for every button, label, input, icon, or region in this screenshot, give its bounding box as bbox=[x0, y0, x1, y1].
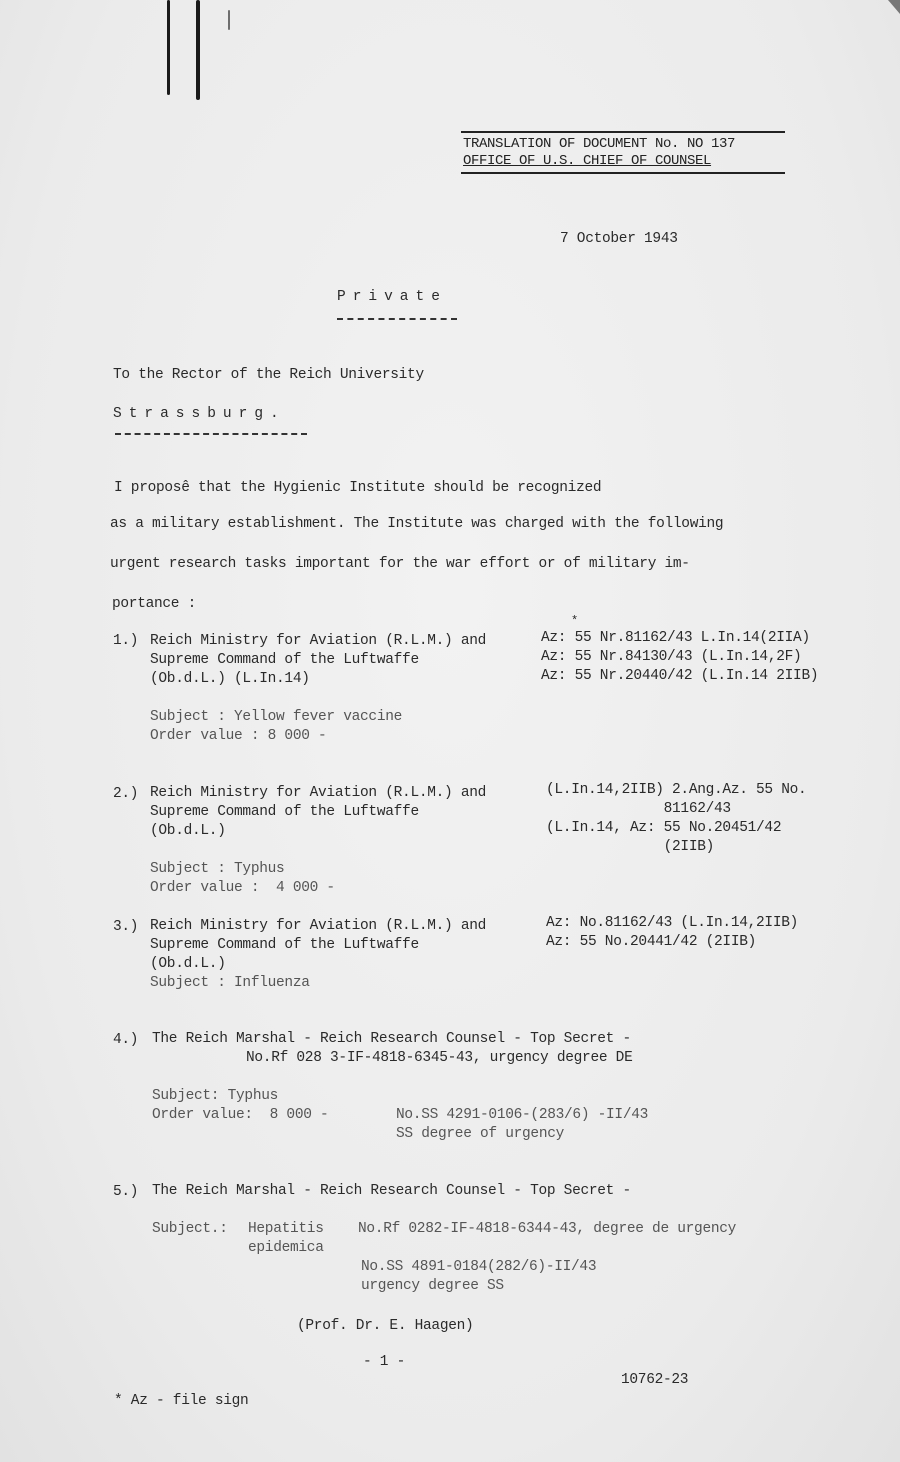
header-line-2: OFFICE OF U.S. CHIEF OF COUNSEL bbox=[463, 153, 785, 170]
item-ref-line: No.SS 4291-0106-(283/6) -II/43 bbox=[396, 1106, 648, 1125]
item-number: 1.) bbox=[113, 632, 138, 651]
paper-crease-mark bbox=[196, 0, 200, 100]
addressee-city-underline bbox=[115, 433, 307, 435]
letter-date: 7 October 1943 bbox=[560, 230, 678, 249]
item-subject-label: Subject.: bbox=[152, 1220, 228, 1239]
footnote: * Az - file sign bbox=[114, 1392, 248, 1411]
item-left-line: Reich Ministry for Aviation (R.L.M.) and bbox=[150, 917, 486, 936]
item-left-line: Reich Ministry for Aviation (R.L.M.) and bbox=[150, 632, 486, 651]
item-subject: Hepatitis bbox=[248, 1220, 324, 1239]
folded-corner bbox=[888, 0, 900, 14]
item-ref-line: Az: 55 No.20441/42 (2IIB) bbox=[546, 933, 756, 952]
item-ref-line: Az: 55 Nr.84130/43 (L.In.14,2F) bbox=[541, 648, 801, 667]
item-ref-line: (2IIB) bbox=[546, 838, 714, 857]
item-order-value: Order value : 4 000 - bbox=[150, 879, 335, 898]
item-heading-ref: No.Rf 028 3-IF-4818-6345-43, urgency deg… bbox=[246, 1049, 632, 1068]
item-order-value: Order value : 8 000 - bbox=[150, 727, 326, 746]
classification-label: Private bbox=[337, 288, 447, 307]
intro-line-2: as a military establishment. The Institu… bbox=[110, 515, 723, 534]
intro-line-4: portance : bbox=[112, 595, 196, 614]
item-ref-line: Az: 55 Nr.20440/42 (L.In.14 2IIB) bbox=[541, 667, 818, 686]
item-order-value: Order value: 8 000 - bbox=[152, 1106, 328, 1125]
item-left-line: Supreme Command of the Luftwaffe bbox=[150, 803, 419, 822]
intro-line-3: urgent research tasks important for the … bbox=[110, 555, 690, 574]
item-left-line: (Ob.d.L.) bbox=[150, 955, 226, 974]
item-ref-line: No.Rf 0282-IF-4818-6344-43, degree de ur… bbox=[358, 1220, 736, 1239]
item-subject: Subject : Typhus bbox=[150, 860, 284, 879]
addressee-line: To the Rector of the Reich University bbox=[113, 366, 424, 385]
page-number: - 1 - bbox=[363, 1353, 405, 1372]
item-left-line: (Ob.d.L.) bbox=[150, 822, 226, 841]
item-subject: epidemica bbox=[248, 1239, 324, 1258]
item-ref-line: No.SS 4891-0184(282/6)-II/43 bbox=[361, 1258, 596, 1277]
item-left-line: Supreme Command of the Luftwaffe bbox=[150, 651, 419, 670]
item-left-line: Reich Ministry for Aviation (R.L.M.) and bbox=[150, 784, 486, 803]
paper-crease-mark bbox=[228, 10, 230, 30]
item-left-line: Supreme Command of the Luftwaffe bbox=[150, 936, 419, 955]
item-number: 3.) bbox=[113, 918, 138, 937]
item-ref-line: SS degree of urgency bbox=[396, 1125, 564, 1144]
item-ref-line: urgency degree SS bbox=[361, 1277, 504, 1296]
item-left-line: (Ob.d.L.) (L.In.14) bbox=[150, 670, 310, 689]
item-heading: The Reich Marshal - Reich Research Couns… bbox=[152, 1182, 631, 1201]
addressee-city: Strassburg. bbox=[113, 405, 286, 424]
document-code: 10762-23 bbox=[621, 1371, 688, 1390]
item-subject: Subject: Typhus bbox=[152, 1087, 278, 1106]
item-number: 5.) bbox=[113, 1183, 138, 1202]
item-ref-line: (L.In.14, Az: 55 No.20451/42 bbox=[546, 819, 781, 838]
item-number: 4.) bbox=[113, 1031, 138, 1050]
item-ref-line: Az: 55 Nr.81162/43 L.In.14(2IIA) bbox=[541, 629, 810, 648]
item-ref-line: 81162/43 bbox=[546, 800, 731, 819]
paper-crease-mark bbox=[167, 0, 170, 95]
item-ref-line: (L.In.14,2IIB) 2.Ang.Az. 55 No. bbox=[546, 781, 806, 800]
item-number: 2.) bbox=[113, 785, 138, 804]
classification-underline bbox=[337, 318, 457, 320]
intro-line-1: I proposê that the Hygienic Institute sh… bbox=[114, 479, 601, 498]
item-subject: Subject : Influenza bbox=[150, 974, 310, 993]
item-subject: Subject : Yellow fever vaccine bbox=[150, 708, 402, 727]
item-heading: The Reich Marshal - Reich Research Couns… bbox=[152, 1030, 631, 1049]
signature: (Prof. Dr. E. Haagen) bbox=[297, 1317, 473, 1336]
header-line-1: TRANSLATION OF DOCUMENT No. NO 137 bbox=[463, 136, 785, 153]
item-ref-line: Az: No.81162/43 (L.In.14,2IIB) bbox=[546, 914, 798, 933]
translation-header: TRANSLATION OF DOCUMENT No. NO 137 OFFIC… bbox=[461, 131, 785, 174]
